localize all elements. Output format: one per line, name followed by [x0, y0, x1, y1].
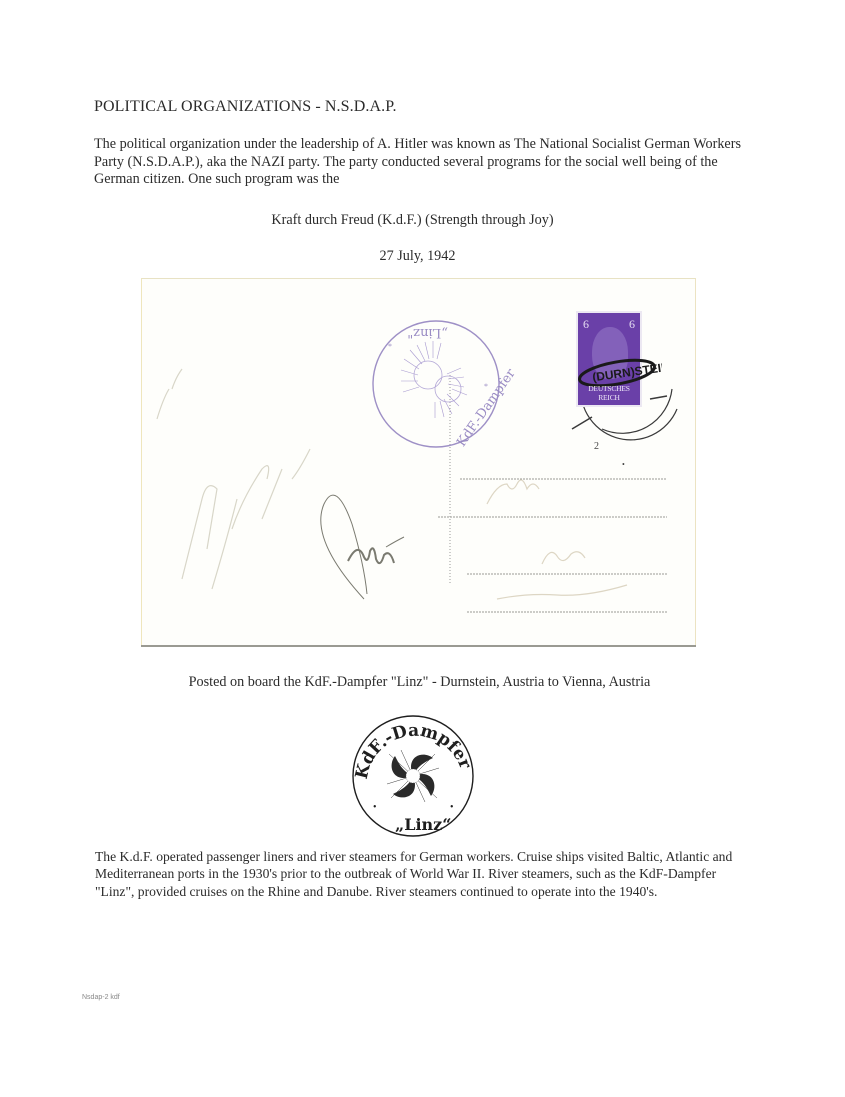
cachet-bottom-text: „Linz“	[395, 815, 451, 834]
postmark-date: 27 July, 1942	[0, 248, 840, 265]
program-name: Kraft durch Freud (K.d.F.) (Strength thr…	[0, 212, 835, 229]
page-reference-code: Nsdap-2 kdf	[82, 994, 120, 1001]
intro-paragraph: The political organization under the lea…	[94, 136, 754, 189]
body-paragraph: The K.d.F. operated passenger liners and…	[95, 848, 755, 900]
svg-text:•: •	[450, 802, 454, 813]
emblem-icon	[387, 750, 439, 802]
svg-text:2: 2	[594, 441, 599, 452]
pencil-signature	[321, 495, 404, 599]
svg-text:•: •	[373, 802, 377, 813]
stamp-country-label: DEUTSCHES REICH	[578, 384, 640, 402]
stamp-value-right: 6	[629, 317, 635, 332]
address-lines	[438, 479, 667, 612]
handwritten-message	[157, 369, 310, 589]
postage-stamp: 6 6 (DURN)STEIN DEUTSCHES REICH	[578, 313, 640, 405]
svg-text:„Linz": „Linz"	[407, 325, 448, 340]
svg-text:*: *	[388, 342, 392, 351]
postcard-caption: Posted on board the KdF.-Dampfer "Linz" …	[0, 674, 842, 691]
svg-text:*: *	[484, 382, 488, 391]
svg-text:•: •	[622, 460, 625, 469]
handwritten-address	[487, 480, 627, 599]
stamp-value-left: 6	[583, 317, 589, 332]
kdf-cachet-illustration: KdF.-Dampfer „Linz“ • •	[345, 710, 495, 845]
purple-cachet: „Linz" KdF.-Dampfer * *	[373, 321, 519, 450]
svg-text:KdF.-Dampfer: KdF.-Dampfer	[454, 366, 519, 450]
page-title: POLITICAL ORGANIZATIONS - N.S.D.A.P.	[94, 98, 397, 116]
